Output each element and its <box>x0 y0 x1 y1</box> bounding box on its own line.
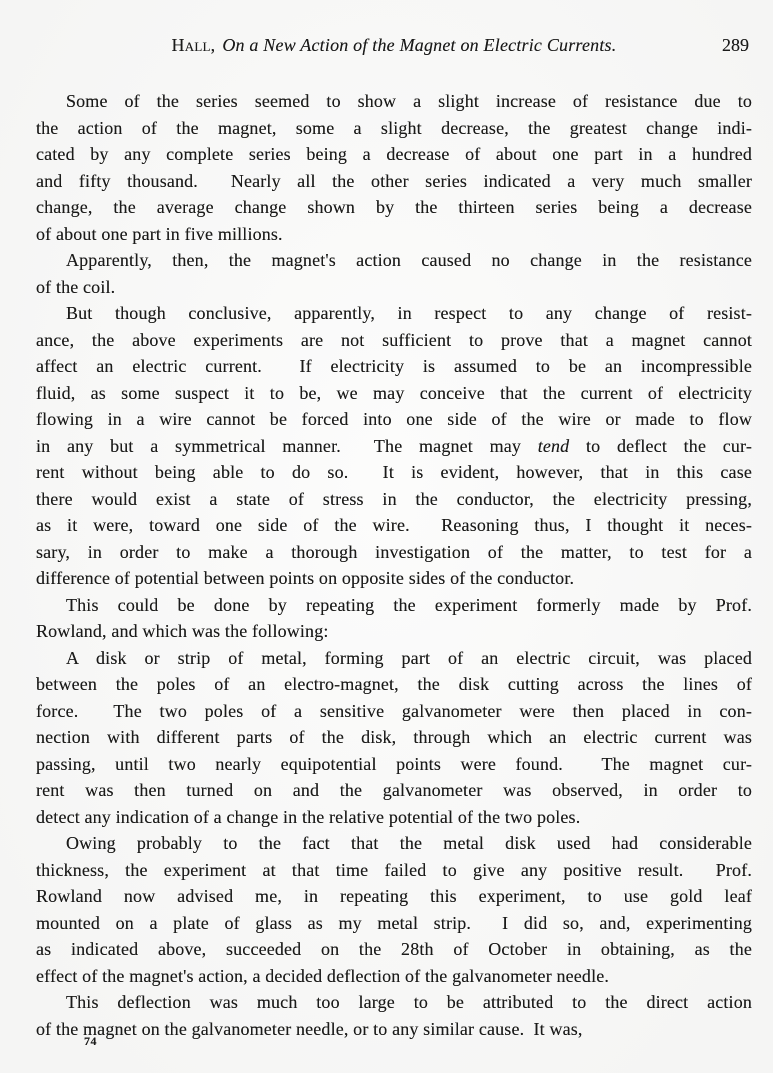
text-line: effect of the magnet's action, a decided… <box>36 963 752 990</box>
paragraph: A disk or strip of metal, forming part o… <box>36 645 752 831</box>
text-line: This could be done by repeating the expe… <box>36 592 752 619</box>
text-line: of the coil. <box>36 274 752 301</box>
text-line: This deflection was much too large to be… <box>36 989 752 1016</box>
text-line: force. The two poles of a sensitive galv… <box>36 698 752 725</box>
text-line: passing, until two nearly equipotential … <box>36 751 752 778</box>
page-body: Some of the series seemed to show a slig… <box>36 88 752 1042</box>
text-line: affect an electric current. If electrici… <box>36 353 752 380</box>
signature-mark: 74 <box>84 1034 97 1049</box>
paragraph: Some of the series seemed to show a slig… <box>36 88 752 247</box>
text-line: Rowland now advised me, in repeating thi… <box>36 883 752 910</box>
text-line: cated by any complete series being a dec… <box>36 141 752 168</box>
paragraph: This could be done by repeating the expe… <box>36 592 752 645</box>
text-line: rent without being able to do so. It is … <box>36 459 752 486</box>
page-number: 289 <box>722 33 749 57</box>
text-line: and fifty thousand. Nearly all the other… <box>36 168 752 195</box>
running-head: Hall,On a New Action of the Magnet on El… <box>36 33 752 57</box>
text-line: detect any indication of a change in the… <box>36 804 752 831</box>
text-line: of the magnet on the galvanometer needle… <box>36 1016 752 1043</box>
text-line: in any but a symmetrical manner. The mag… <box>36 433 752 460</box>
document-page: Hall,On a New Action of the Magnet on El… <box>0 0 773 1073</box>
paragraph: This deflection was much too large to be… <box>36 989 752 1042</box>
text-line: as indicated above, succeeded on the 28t… <box>36 936 752 963</box>
text-line: Rowland, and which was the following: <box>36 618 752 645</box>
text-line: difference of potential between points o… <box>36 565 752 592</box>
author-name: Hall, <box>172 35 216 55</box>
paragraph: Owing probably to the fact that the meta… <box>36 830 752 989</box>
text-line: fluid, as some suspect it to be, we may … <box>36 380 752 407</box>
text-line: nection with different parts of the disk… <box>36 724 752 751</box>
article-title: On a New Action of the Magnet on Electri… <box>222 35 616 55</box>
text-line: sary, in order to make a thorough invest… <box>36 539 752 566</box>
text-line: of about one part in five millions. <box>36 221 752 248</box>
text-line: Apparently, then, the magnet's action ca… <box>36 247 752 274</box>
text-line: But though conclusive, apparently, in re… <box>36 300 752 327</box>
text-line: thickness, the experiment at that time f… <box>36 857 752 884</box>
text-line: Some of the series seemed to show a slig… <box>36 88 752 115</box>
paragraph: Apparently, then, the magnet's action ca… <box>36 247 752 300</box>
text-line: Owing probably to the fact that the meta… <box>36 830 752 857</box>
text-line: the action of the magnet, some a slight … <box>36 115 752 142</box>
text-line: ance, the above experiments are not suff… <box>36 327 752 354</box>
text-line: mounted on a plate of glass as my metal … <box>36 910 752 937</box>
text-line: between the poles of an electro-magnet, … <box>36 671 752 698</box>
text-line: flowing in a wire cannot be forced into … <box>36 406 752 433</box>
text-line: as it were, toward one side of the wire.… <box>36 512 752 539</box>
text-line: A disk or strip of metal, forming part o… <box>36 645 752 672</box>
paragraph: But though conclusive, apparently, in re… <box>36 300 752 592</box>
text-line: rent was then turned on and the galvanom… <box>36 777 752 804</box>
text-line: there would exist a state of stress in t… <box>36 486 752 513</box>
text-line: change, the average change shown by the … <box>36 194 752 221</box>
